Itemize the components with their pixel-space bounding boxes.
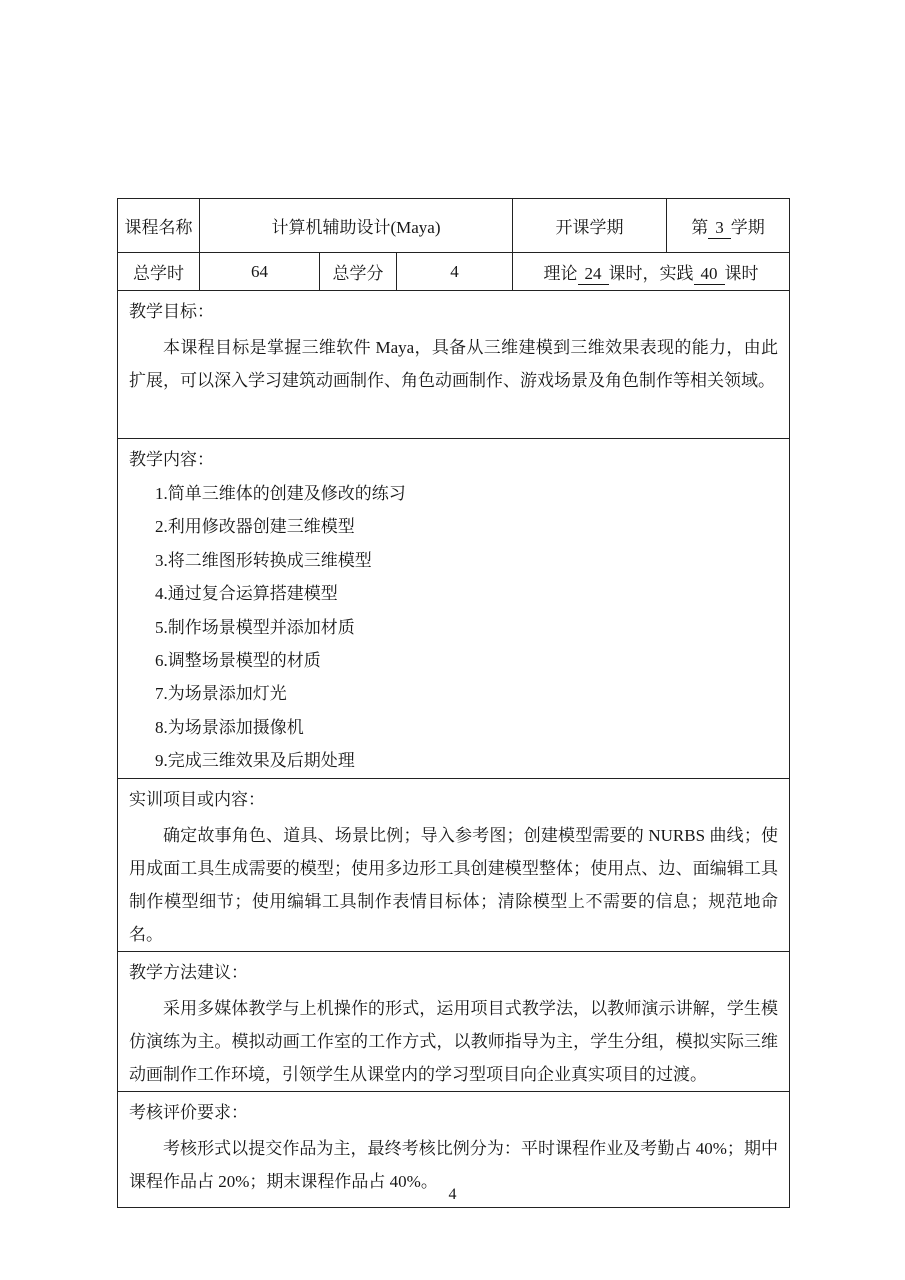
list-item: 9.完成三维效果及后期处理 xyxy=(129,744,778,777)
section-teaching-content: 教学内容： 1.简单三维体的创建及修改的练习 2.利用修改器创建三维模型 3.将… xyxy=(118,439,790,779)
hours-breakdown-cell: 理论24课时，实践40课时 xyxy=(513,253,790,291)
page-number: 4 xyxy=(0,1186,905,1204)
list-item: 4.通过复合运算搭建模型 xyxy=(129,577,778,610)
total-credits-label: 总学分 xyxy=(320,253,397,291)
total-hours-value: 64 xyxy=(200,253,320,291)
semester-value-cell: 第3学期 xyxy=(667,199,790,253)
teaching-method-title: 教学方法建议： xyxy=(129,959,778,987)
list-item: 8.为场景添加摄像机 xyxy=(129,711,778,744)
total-hours-label: 总学时 xyxy=(118,253,200,291)
hours-suffix-label: 课时 xyxy=(725,264,759,283)
total-credits-value: 4 xyxy=(397,253,513,291)
list-item: 3.将二维图形转换成三维模型 xyxy=(129,544,778,577)
list-item: 6.调整场景模型的材质 xyxy=(129,644,778,677)
section-teaching-goals: 教学目标： 本课程目标是掌握三维软件 Maya，具备从三维建模到三维效果表现的能… xyxy=(118,291,790,439)
teaching-content-title: 教学内容： xyxy=(129,446,778,474)
list-item: 5.制作场景模型并添加材质 xyxy=(129,611,778,644)
course-name-label: 课程名称 xyxy=(118,199,200,253)
theory-hours-blank: 24 xyxy=(578,264,609,285)
course-name-value: 计算机辅助设计(Maya) xyxy=(200,199,513,253)
semester-suffix: 学期 xyxy=(731,218,765,237)
semester-blank-value: 3 xyxy=(708,218,731,239)
list-item: 1.简单三维体的创建及修改的练习 xyxy=(129,477,778,510)
teaching-content-list: 1.简单三维体的创建及修改的练习 2.利用修改器创建三维模型 3.将二维图形转换… xyxy=(129,477,778,778)
section-teaching-method: 教学方法建议： 采用多媒体教学与上机操作的形式，运用项目式教学法，以教师演示讲解… xyxy=(118,952,790,1092)
assessment-title: 考核评价要求： xyxy=(129,1099,778,1127)
semester-prefix: 第 xyxy=(691,218,708,237)
practice-hours-blank: 40 xyxy=(694,264,725,285)
course-syllabus-table: 课程名称 计算机辅助设计(Maya) 开课学期 第3学期 总学时 64 总学分 … xyxy=(117,198,790,1208)
hours-mid-label: 课时，实践 xyxy=(609,264,694,283)
list-item: 2.利用修改器创建三维模型 xyxy=(129,510,778,543)
practice-projects-title: 实训项目或内容： xyxy=(129,786,778,814)
semester-label: 开课学期 xyxy=(513,199,667,253)
row-hours-credits: 总学时 64 总学分 4 理论24课时，实践40课时 xyxy=(118,253,790,291)
list-item: 7.为场景添加灯光 xyxy=(129,677,778,710)
teaching-method-paragraph: 采用多媒体教学与上机操作的形式，运用项目式教学法，以教师演示讲解，学生模仿演练为… xyxy=(129,992,778,1091)
theory-label: 理论 xyxy=(544,264,578,283)
teaching-goals-title: 教学目标： xyxy=(129,298,778,326)
section-practice-projects: 实训项目或内容： 确定故事角色、道具、场景比例；导入参考图；创建模型需要的 NU… xyxy=(118,779,790,952)
teaching-goals-paragraph: 本课程目标是掌握三维软件 Maya，具备从三维建模到三维效果表现的能力，由此扩展… xyxy=(129,331,778,397)
row-course-name: 课程名称 计算机辅助设计(Maya) 开课学期 第3学期 xyxy=(118,199,790,253)
document-page: { "page": { "background": "#ffffff", "pa… xyxy=(0,0,905,1280)
practice-projects-paragraph: 确定故事角色、道具、场景比例；导入参考图；创建模型需要的 NURBS 曲线；使用… xyxy=(129,819,778,951)
